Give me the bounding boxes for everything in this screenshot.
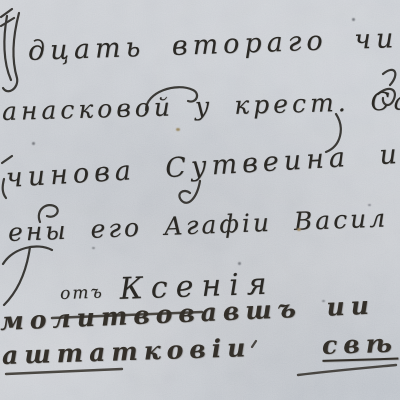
paper-speck <box>322 300 325 302</box>
paper-speck <box>238 262 241 265</box>
manuscript-line-7: аштатковіи свѣ <box>2 329 399 370</box>
manuscript-line-2: анасковой у крест. Са <box>2 86 400 126</box>
paper-speck <box>176 128 180 131</box>
paper-speck <box>352 18 355 21</box>
line-7-word-2: свѣ <box>322 329 399 360</box>
paper-speck <box>92 247 95 249</box>
paper-speck <box>368 204 371 206</box>
manuscript-line-1: дцать втораго чи <box>27 23 398 67</box>
line-7-word-1: аштатковіи <box>2 333 252 370</box>
manuscript-page: дцать втораго чи анасковой у крест. Са ч… <box>0 0 400 400</box>
paper-speck <box>297 228 301 231</box>
line-5-prefix: отъ <box>60 282 104 304</box>
manuscript-line-4: ены его Агафіи Васил <box>7 203 388 247</box>
paper-speck <box>32 142 35 145</box>
manuscript-line-3: чинова Сутвеина и <box>5 139 400 194</box>
